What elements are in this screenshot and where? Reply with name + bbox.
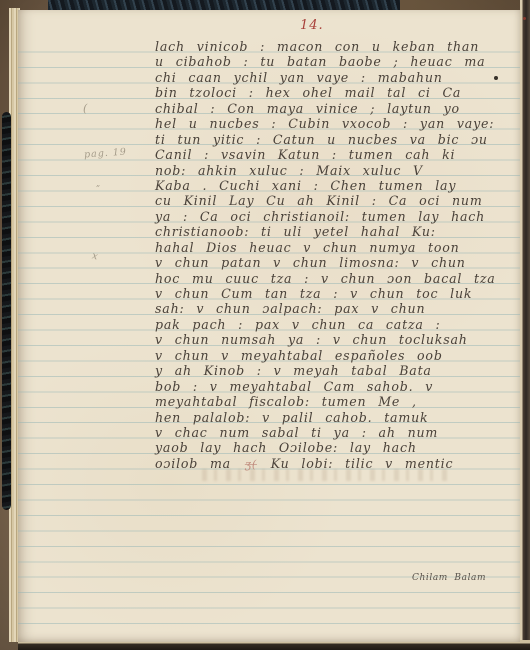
manuscript-line: hen palalob: v palil cahob. tamuk	[155, 410, 527, 425]
marbled-spine-left	[2, 112, 11, 510]
manuscript-line: meyahtabal fiscalob: tumen Me ,	[155, 394, 527, 409]
notebook-photo: 14. ( pag. 19 „ x lach vinicob : macon c…	[0, 0, 530, 650]
page-number: 14.	[300, 18, 324, 33]
manuscript-line: yaob lay hach Oɔilobe: lay hach	[155, 440, 527, 455]
signature-chilam-balam: Chilam Balam	[412, 573, 486, 583]
manuscript-line: v chun numsah ya : v chun tocluksah	[155, 332, 527, 347]
pencil-tick-mark: „	[96, 179, 100, 188]
pencil-x-mark: x	[91, 251, 99, 263]
manuscript-line: hahal Dios heuac v chun numya toon	[155, 240, 527, 255]
pencil-paren-mark: (	[83, 102, 87, 115]
manuscript-line: y ah Kinob : v meyah tabal Bata	[155, 363, 527, 378]
notebook-page: 14. ( pag. 19 „ x lach vinicob : macon c…	[18, 10, 520, 642]
manuscript-line: v chac num sabal ti ya : ah num	[155, 425, 527, 440]
manuscript-line: u cibahob : tu batan baobe ; heuac ma	[155, 54, 527, 69]
pencil-margin-note: pag. 19	[84, 147, 128, 161]
manuscript-line: sah: v chun ɔalpach: pax v chun	[155, 301, 527, 316]
manuscript-line: v chun v meyahtabal españoles oob	[155, 348, 527, 363]
manuscript-line: nob: ahkin xuluc : Maix xuluc V	[155, 163, 527, 178]
manuscript-line: hoc mu cuuc tza : v chun ɔon bacal tza	[155, 271, 527, 286]
ink-bleed-through	[193, 469, 453, 481]
manuscript-line: lach vinicob : macon con u keban than	[155, 39, 527, 54]
manuscript-line: hel u nucbes : Cubin vxocob : yan vaye:	[155, 116, 527, 131]
manuscript-line: Canil : vsavin Katun : tumen cah ki	[155, 147, 527, 162]
manuscript-line: bob : v meyahtabal Cam sahob. v	[155, 379, 527, 394]
manuscript-line: bin tzoloci : hex ohel mail tal ci Ca	[155, 85, 527, 100]
manuscript-line: Kaba . Cuchi xani : Chen tumen lay	[155, 178, 527, 193]
manuscript-text: lach vinicob : macon con u keban than u …	[155, 39, 527, 471]
manuscript-line: pak pach : pax v chun ca catza :	[155, 317, 527, 332]
manuscript-line: v chun patan v chun limosna: v chun	[155, 255, 527, 270]
manuscript-line: v chun Cum tan tza : v chun toc luk	[155, 286, 527, 301]
manuscript-line: chibal : Con maya vinice ; laytun yo	[155, 101, 527, 116]
manuscript-line: ti tun yitic : Catun u nucbes va bic ɔu	[155, 132, 527, 147]
manuscript-line: cu Kinil Lay Cu ah Kinil : Ca oci num	[155, 193, 527, 208]
red-fleck	[523, 17, 526, 20]
manuscript-line: chi caan ychil yan vaye : mabahun	[155, 70, 527, 85]
manuscript-line: ya : Ca oci christianoil: tumen lay hach	[155, 209, 527, 224]
manuscript-line: christianoob: ti uli yetel hahal Ku:	[155, 224, 527, 239]
